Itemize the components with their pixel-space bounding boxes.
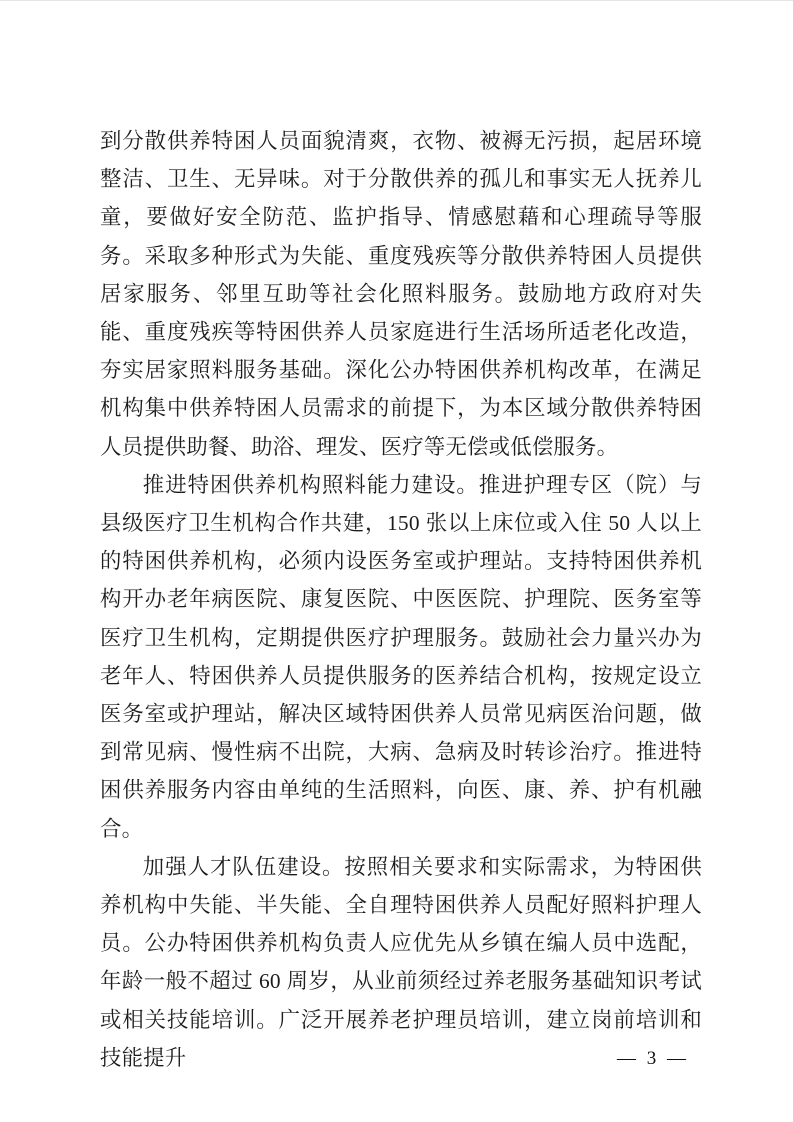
page-number: — 3 — bbox=[617, 1046, 689, 1072]
paragraph-talent-team-building: 加强人才队伍建设。按照相关要求和实际需求，为特困供养机构中失能、半失能、全自理特… bbox=[100, 848, 702, 1077]
scan-top-edge bbox=[0, 0, 793, 1]
document-body: 到分散供养特困人员面貌清爽，衣物、被褥无污损，起居环境整洁、卫生、无异味。对于分… bbox=[100, 122, 702, 1077]
paragraph-continued: 到分散供养特困人员面貌清爽，衣物、被褥无污损，起居环境整洁、卫生、无异味。对于分… bbox=[100, 122, 702, 466]
document-page: 到分散供养特困人员面貌清爽，衣物、被褥无污损，起居环境整洁、卫生、无异味。对于分… bbox=[0, 0, 793, 1122]
paragraph-institution-care-capacity: 推进特困供养机构照料能力建设。推进护理专区（院）与县级医疗卫生机构合作共建，15… bbox=[100, 466, 702, 848]
